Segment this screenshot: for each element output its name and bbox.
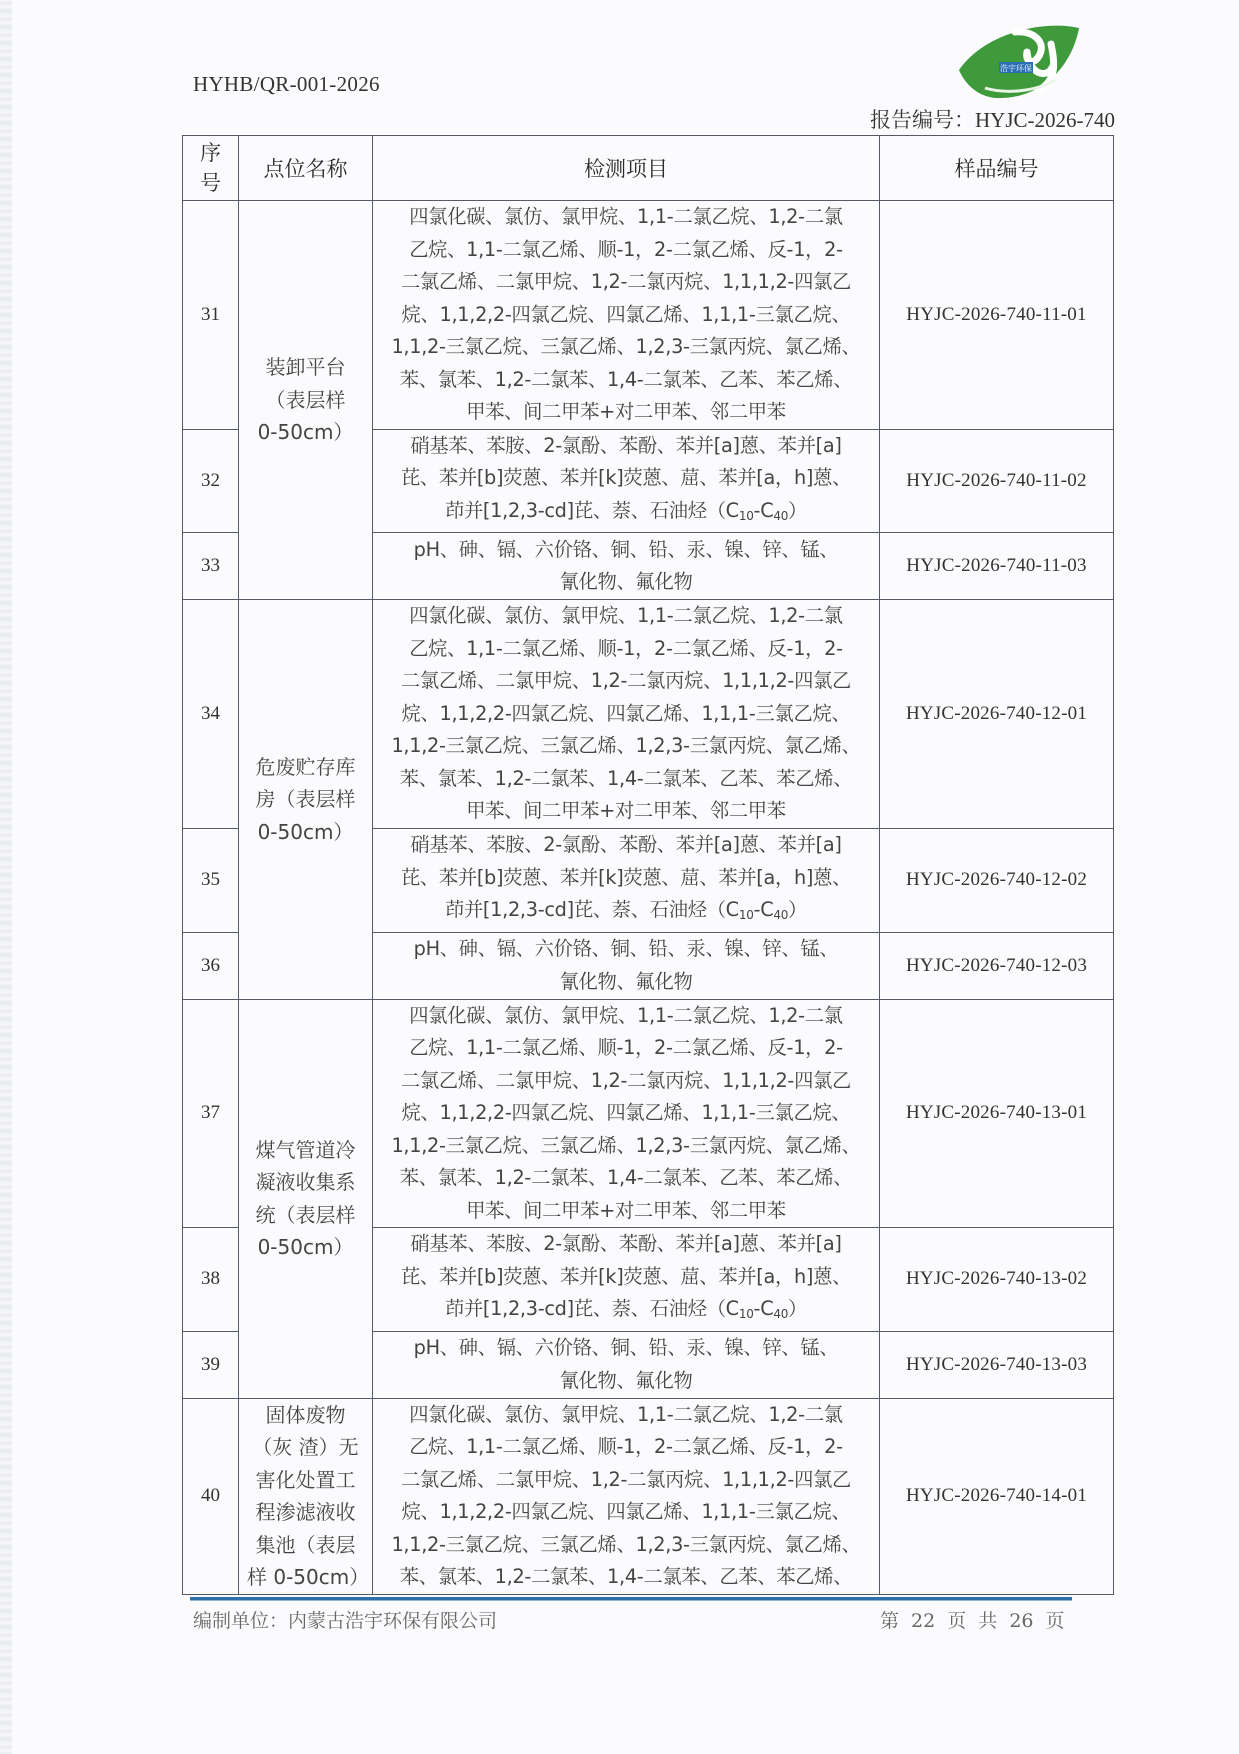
cell-location: 装卸平台（表层样0-50cm） xyxy=(239,201,373,600)
report-number-label: 报告编号： xyxy=(870,108,975,132)
cell-sample-code: HYJC-2026-740-11-03 xyxy=(880,533,1114,600)
cell-sample-code: HYJC-2026-740-12-01 xyxy=(880,600,1114,829)
report-number: 报告编号：HYJC-2026-740 xyxy=(870,104,1115,134)
cell-test-items: 硝基苯、苯胺、2-氯酚、苯酚、苯并[a]蒽、苯并[a]芘、苯并[b]荧蒽、苯并[… xyxy=(373,829,880,933)
table-row: 40固体废物（灰 渣）无害化处置工程渗滤液收集池（表层样 0-50cm）四氯化碳… xyxy=(183,1398,1114,1594)
svg-text:浩宇环保: 浩宇环保 xyxy=(1000,63,1032,73)
cell-serial-no: 40 xyxy=(183,1398,239,1594)
cell-serial-no: 38 xyxy=(183,1228,239,1332)
cell-sample-code: HYJC-2026-740-13-02 xyxy=(880,1228,1114,1332)
cell-location: 固体废物（灰 渣）无害化处置工程渗滤液收集池（表层样 0-50cm） xyxy=(239,1398,373,1594)
report-number-value: HYJC-2026-740 xyxy=(975,108,1115,132)
cell-sample-code: HYJC-2026-740-12-03 xyxy=(880,932,1114,999)
cell-location: 危废贮存库房（表层样0-50cm） xyxy=(239,600,373,1000)
table-header-row: 序号 点位名称 检测项目 样品编号 xyxy=(183,136,1114,201)
cell-sample-code: HYJC-2026-740-13-03 xyxy=(880,1331,1114,1398)
cell-serial-no: 37 xyxy=(183,999,239,1228)
cell-test-items: pH、砷、镉、六价铬、铜、铅、汞、镍、锌、锰、氰化物、氟化物 xyxy=(373,533,880,600)
cell-test-items: pH、砷、镉、六价铬、铜、铅、汞、镍、锌、锰、氰化物、氟化物 xyxy=(373,932,880,999)
cell-sample-code: HYJC-2026-740-13-01 xyxy=(880,999,1114,1228)
cell-serial-no: 34 xyxy=(183,600,239,829)
cell-sample-code: HYJC-2026-740-11-02 xyxy=(880,429,1114,533)
header-location: 点位名称 xyxy=(239,136,373,201)
header-sample-code: 样品编号 xyxy=(880,136,1114,201)
cell-test-items: 四氯化碳、氯仿、氯甲烷、1,1-二氯乙烷、1,2-二氯乙烷、1,1-二氯乙烯、顺… xyxy=(373,1398,880,1594)
cell-test-items: 硝基苯、苯胺、2-氯酚、苯酚、苯并[a]蒽、苯并[a]芘、苯并[b]荧蒽、苯并[… xyxy=(373,1228,880,1332)
footer-page-info: 第 22 页 共 26 页 xyxy=(880,1606,1065,1633)
table-row: 34危废贮存库房（表层样0-50cm）四氯化碳、氯仿、氯甲烷、1,1-二氯乙烷、… xyxy=(183,600,1114,829)
cell-serial-no: 31 xyxy=(183,201,239,430)
header-serial-no: 序号 xyxy=(183,136,239,201)
cell-serial-no: 35 xyxy=(183,829,239,933)
cell-sample-code: HYJC-2026-740-14-01 xyxy=(880,1398,1114,1594)
cell-test-items: 四氯化碳、氯仿、氯甲烷、1,1-二氯乙烷、1,2-二氯乙烷、1,1-二氯乙烯、顺… xyxy=(373,999,880,1228)
footer-compiler: 编制单位：内蒙古浩宇环保有限公司 xyxy=(193,1606,497,1633)
table-row: 31装卸平台（表层样0-50cm）四氯化碳、氯仿、氯甲烷、1,1-二氯乙烷、1,… xyxy=(183,201,1114,430)
cell-test-items: 四氯化碳、氯仿、氯甲烷、1,1-二氯乙烷、1,2-二氯乙烷、1,1-二氯乙烯、顺… xyxy=(373,600,880,829)
cell-sample-code: HYJC-2026-740-12-02 xyxy=(880,829,1114,933)
cell-test-items: pH、砷、镉、六价铬、铜、铅、汞、镍、锌、锰、氰化物、氟化物 xyxy=(373,1331,880,1398)
cell-serial-no: 39 xyxy=(183,1331,239,1398)
company-logo-icon: 浩宇环保 xyxy=(955,22,1083,102)
document-code: HYHB/QR-001-2026 xyxy=(193,72,380,97)
cell-serial-no: 33 xyxy=(183,533,239,600)
cell-sample-code: HYJC-2026-740-11-01 xyxy=(880,201,1114,430)
footer-divider xyxy=(190,1597,1072,1601)
table-row: 37煤气管道冷凝液收集系统（表层样0-50cm）四氯化碳、氯仿、氯甲烷、1,1-… xyxy=(183,999,1114,1228)
header-test-items: 检测项目 xyxy=(373,136,880,201)
cell-test-items: 硝基苯、苯胺、2-氯酚、苯酚、苯并[a]蒽、苯并[a]芘、苯并[b]荧蒽、苯并[… xyxy=(373,429,880,533)
sample-table: 序号 点位名称 检测项目 样品编号 31装卸平台（表层样0-50cm）四氯化碳、… xyxy=(182,135,1114,1595)
cell-serial-no: 36 xyxy=(183,932,239,999)
cell-location: 煤气管道冷凝液收集系统（表层样0-50cm） xyxy=(239,999,373,1398)
scan-edge-artifact xyxy=(0,0,12,1754)
cell-test-items: 四氯化碳、氯仿、氯甲烷、1,1-二氯乙烷、1,2-二氯乙烷、1,1-二氯乙烯、顺… xyxy=(373,201,880,430)
cell-serial-no: 32 xyxy=(183,429,239,533)
